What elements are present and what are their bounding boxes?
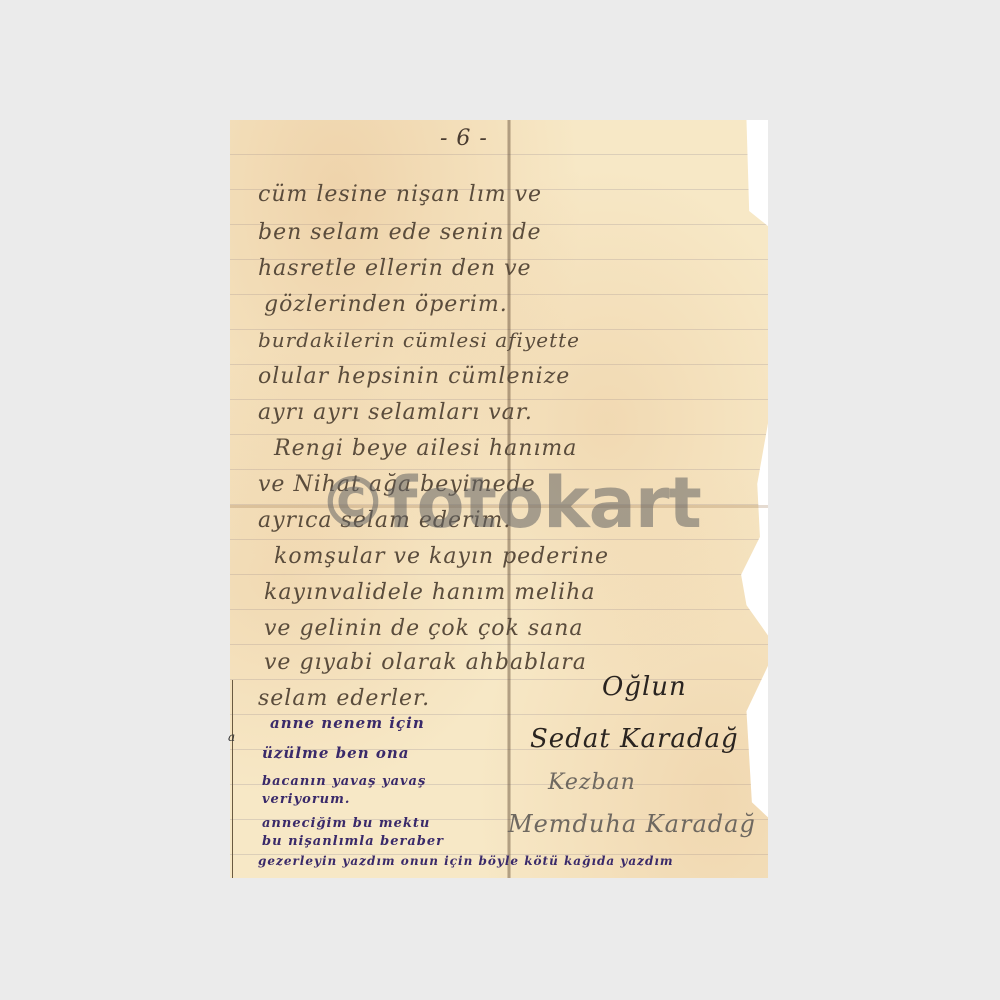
margin-mark: a [228, 730, 235, 744]
body-line: komşular ve kayın pederine [274, 544, 609, 569]
body-line: cüm lesine nişan lım ve [258, 182, 542, 207]
postscript-line: bacanın yavaş yavaş [262, 774, 426, 789]
postscript-line: üzülme ben ona [262, 744, 409, 762]
watermark: ©fotokart [318, 462, 701, 544]
body-line: ben selam ede senin de [258, 220, 541, 245]
signature-kezban: Kezban [548, 770, 636, 795]
body-line: olular hepsinin cümlenize [258, 364, 570, 389]
postscript-line: bu nişanlımla beraber [262, 834, 444, 849]
body-line: selam ederler. [258, 686, 430, 711]
body-line: ve gelinin de çok çok sana [264, 616, 584, 641]
closing: Oğlun [602, 672, 687, 702]
body-line: ve gıyabi olarak ahbablara [264, 650, 587, 675]
body-line: ayrı ayrı selamları var. [258, 400, 533, 425]
body-line: Rengi beye ailesi hanıma [274, 436, 577, 461]
postscript-line: anneciğim bu mektu [262, 816, 430, 831]
page-number: - 6 - [440, 126, 488, 151]
signature-sedat: Sedat Karadağ [530, 724, 739, 754]
postscript-line: anne nenem için [270, 714, 425, 732]
body-line: hasretle ellerin den ve [258, 256, 532, 281]
postscript-line: veriyorum. [262, 792, 350, 807]
postscript-line: gezerleyin yazdım onun için böyle kötü k… [258, 854, 674, 868]
body-line: kayınvalidele hanım meliha [264, 580, 595, 605]
body-line: burdakilerin cümlesi afiyette [258, 328, 580, 352]
body-line: gözlerinden öperim. [264, 292, 508, 317]
margin-line [232, 680, 233, 878]
signature-memduha: Memduha Karadağ [508, 810, 756, 838]
